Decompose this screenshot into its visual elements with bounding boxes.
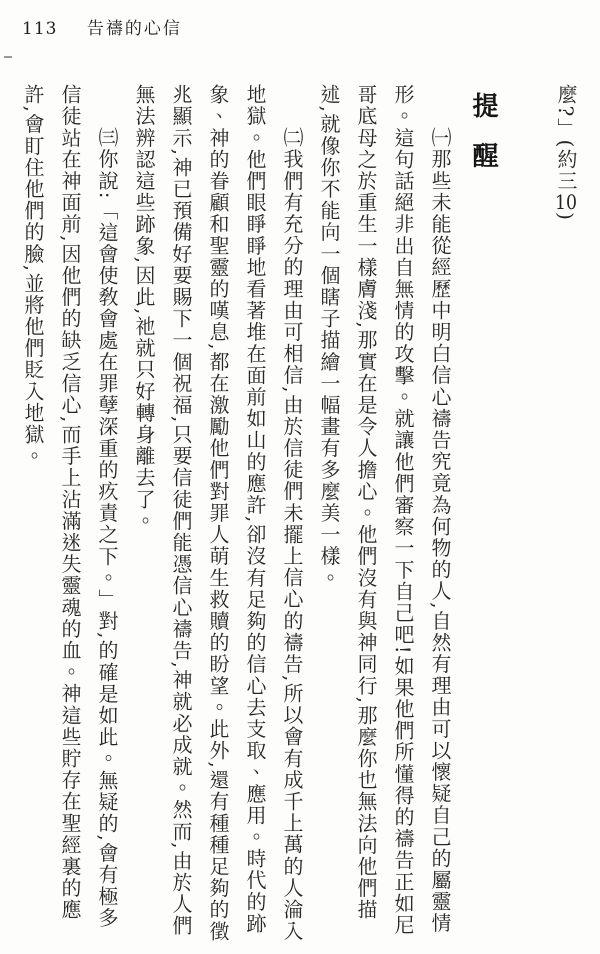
- paragraph-two: ㈡我們有充分的理由可相信,由於信徒們未擺上信心的禱告,所以會有成千上萬的人淪入地…: [125, 84, 310, 950]
- paragraph-one-marker: ㈠: [428, 127, 452, 149]
- page-header: 113 告禱的心信: [22, 14, 182, 39]
- paragraph-three-marker: ㈢: [95, 127, 119, 149]
- vertical-text-body: 麼?」(約三10) 提醒 ㈠那些未能從經歷中明白信心禱告究竟為何物的人,自然有理…: [14, 84, 584, 950]
- paragraph-three: ㈢你說:「這會使敎會處在罪孽深重的疚責之下。」對,的確是如此。無疑的,會有極多信…: [14, 84, 125, 950]
- paragraph-two-text: 我們有充分的理由可相信,由於信徒們未擺上信心的禱告,所以會有成千上萬的人淪入地獄…: [132, 84, 304, 942]
- book-page: 113 告禱的心信 麼?」(約三10) 提醒 ㈠那些未能從經歷中明白信心禱告究竟…: [0, 0, 600, 954]
- continuation-text-suffix: ): [554, 212, 578, 221]
- continuation-line: 麼?」(約三10): [547, 84, 584, 950]
- paragraph-one: ㈠那些未能從經歷中明白信心禱告究竟為何物的人,自然有理由可以懷疑自己的屬靈情形。…: [310, 84, 458, 950]
- continuation-text-prefix: 麼?」(約三: [554, 84, 578, 192]
- page-number: 113: [22, 19, 57, 39]
- paragraph-three-text: 你說:「這會使敎會處在罪孽深重的疚責之下。」對,的確是如此。無疑的,會有極多信徒…: [21, 84, 119, 929]
- paragraph-one-text: 那些未能從經歷中明白信心禱告究竟為何物的人,自然有理由可以懷疑自己的屬靈情形。這…: [317, 84, 452, 936]
- print-registration-mark: [4, 56, 12, 58]
- section-heading: 提醒: [463, 84, 503, 950]
- paragraph-two-marker: ㈡: [280, 127, 304, 149]
- verse-number: 10: [554, 192, 578, 212]
- running-title: 告禱的心信: [87, 19, 182, 39]
